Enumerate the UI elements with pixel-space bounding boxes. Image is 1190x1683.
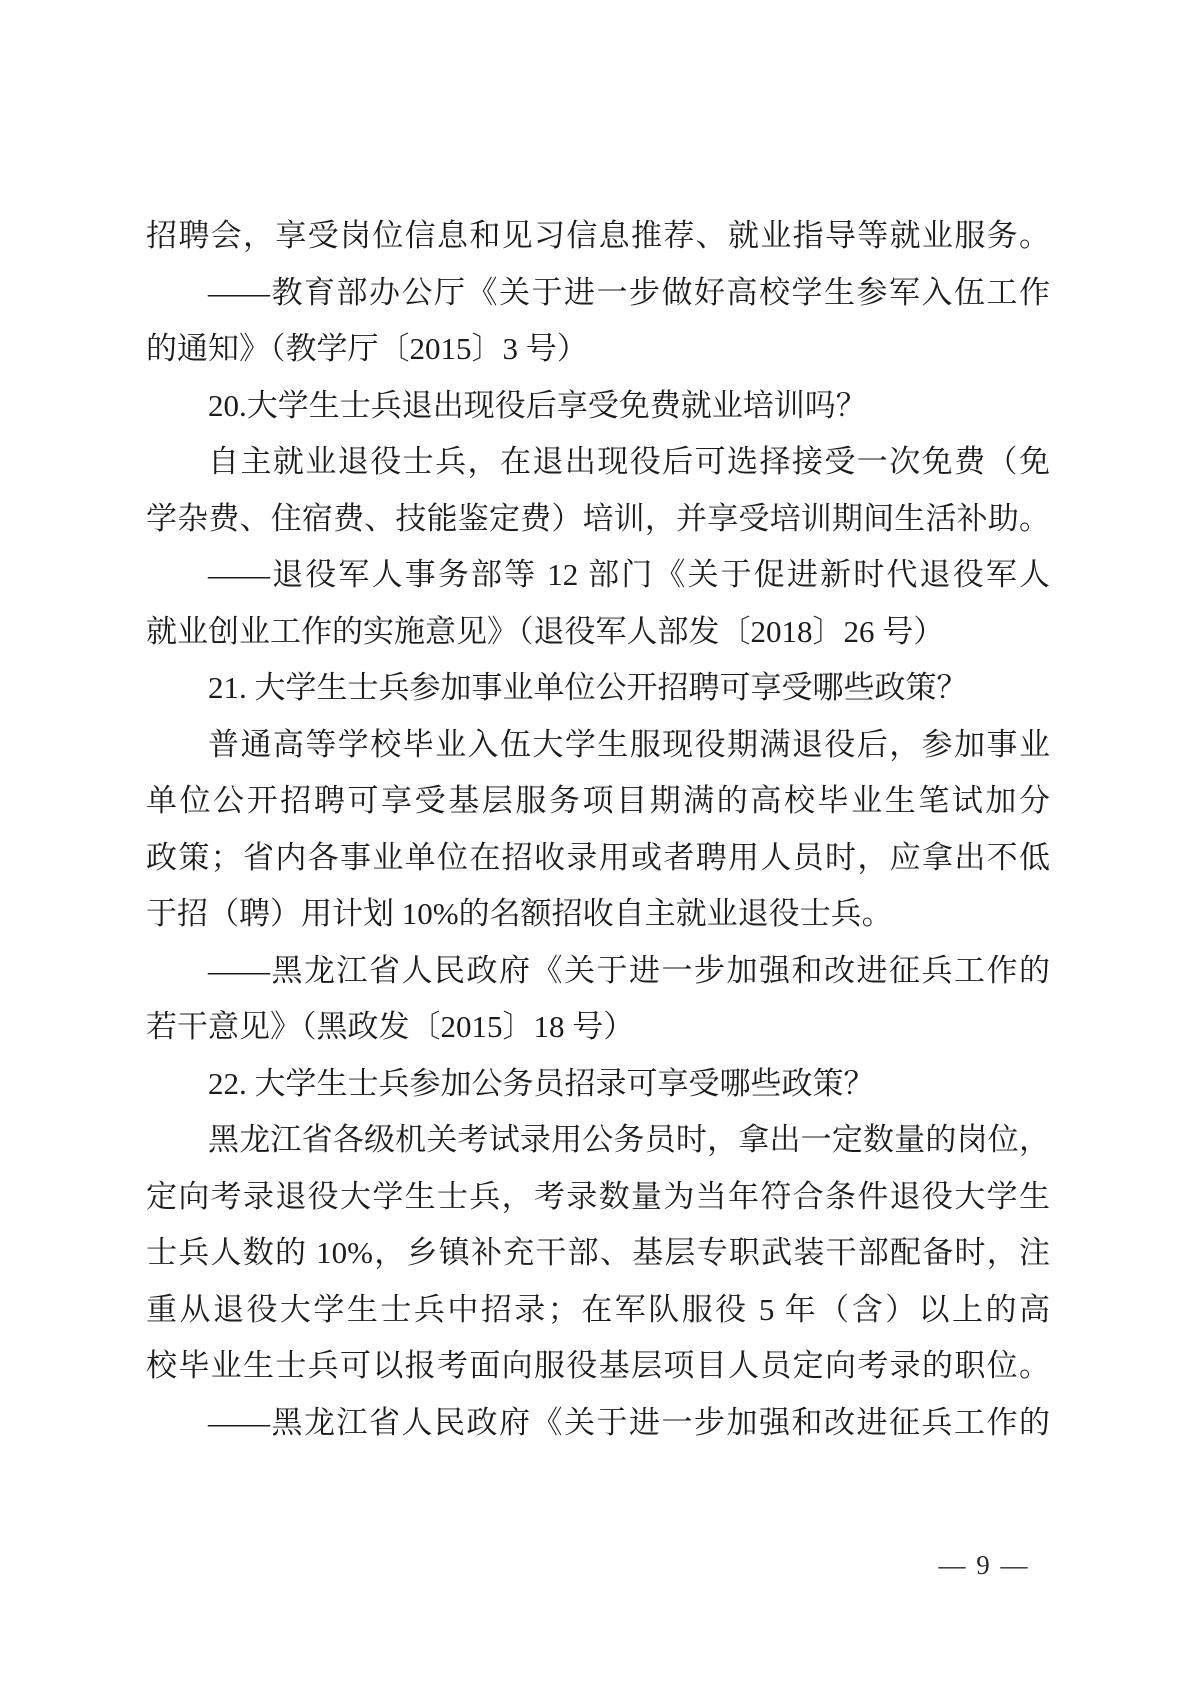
text-line-question-22: 22. 大学生士兵参加公务员招录可享受哪些政策？: [146, 1056, 1050, 1113]
text-line: 单位公开招聘可享受基层服务项目期满的高校毕业生笔试加分: [146, 773, 1050, 830]
text-line: ——黑龙江省人民政府《关于进一步加强和改进征兵工作的: [146, 1395, 1050, 1452]
text-line: 士兵人数的 10%，乡镇补充干部、基层专职武装干部配备时，注: [146, 1225, 1050, 1282]
text-line: 学杂费、住宿费、技能鉴定费）培训，并享受培训期间生活补助。: [146, 491, 1050, 548]
text-line: 自主就业退役士兵，在退出现役后可选择接受一次免费（免: [146, 434, 1050, 491]
text-line: 招聘会，享受岗位信息和见习信息推荐、就业指导等就业服务。: [146, 208, 1050, 265]
text-line: ——黑龙江省人民政府《关于进一步加强和改进征兵工作的: [146, 943, 1050, 1000]
text-line: 校毕业生士兵可以报考面向服役基层项目人员定向考录的职位。: [146, 1338, 1050, 1395]
document-page: 招聘会，享受岗位信息和见习信息推荐、就业指导等就业服务。 ——教育部办公厅《关于…: [0, 0, 1190, 1683]
page-number: — 9 —: [924, 1548, 1044, 1582]
text-line: 定向考录退役大学生士兵，考录数量为当年符合条件退役大学生: [146, 1169, 1050, 1226]
text-line: ——退役军人事务部等 12 部门《关于促进新时代退役军人: [146, 547, 1050, 604]
text-line: 于招（聘）用计划 10%的名额招收自主就业退役士兵。: [146, 886, 1050, 943]
text-line: 重从退役大学生士兵中招录；在军队服役 5 年（含）以上的高: [146, 1282, 1050, 1339]
text-line-question-20: 20.大学生士兵退出现役后享受免费就业培训吗？: [146, 378, 1050, 435]
text-line: ——教育部办公厅《关于进一步做好高校学生参军入伍工作: [146, 265, 1050, 322]
text-line: 若干意见》（黑政发〔2015〕18 号）: [146, 999, 1050, 1056]
text-line-question-21: 21. 大学生士兵参加事业单位公开招聘可享受哪些政策？: [146, 660, 1050, 717]
text-line: 的通知》（教学厅〔2015〕3 号）: [146, 321, 1050, 378]
text-line: 黑龙江省各级机关考试录用公务员时，拿出一定数量的岗位，: [146, 1112, 1050, 1169]
text-line: 普通高等学校毕业入伍大学生服现役期满退役后，参加事业: [146, 717, 1050, 774]
text-line: 政策；省内各事业单位在招收录用或者聘用人员时，应拿出不低: [146, 830, 1050, 887]
text-block: 招聘会，享受岗位信息和见习信息推荐、就业指导等就业服务。 ——教育部办公厅《关于…: [146, 208, 1050, 1451]
text-line: 就业创业工作的实施意见》（退役军人部发〔2018〕26 号）: [146, 604, 1050, 661]
